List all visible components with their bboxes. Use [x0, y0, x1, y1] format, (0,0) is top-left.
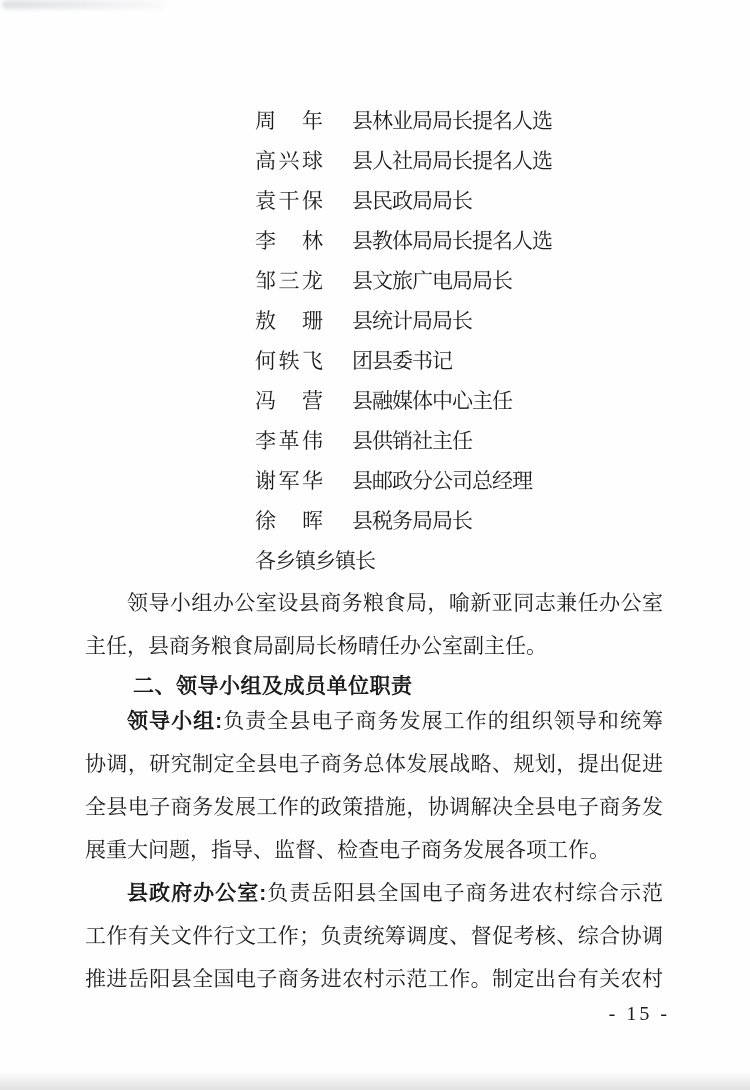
member-row: 邹三龙 县文旅广电局局长	[255, 260, 552, 300]
member-row: 徐晖 县税务局局长	[255, 500, 552, 540]
paragraph-line: 展重大问题，指导、监督、检查电子商务发展各项工作。	[85, 829, 663, 872]
member-row: 何轶飞 团县委书记	[255, 340, 552, 380]
office-paragraph: 领导小组办公室设县商务粮食局，喻新亚同志兼任办公室 主任，县商务粮食局副局长杨晴…	[85, 582, 663, 668]
member-title: 县文旅广电局局长	[352, 265, 512, 295]
member-name: 邹三龙	[255, 265, 323, 295]
members-footer: 各乡镇乡镇长	[255, 540, 552, 580]
paragraph-text: 负责岳阳县全国电子商务进农村综合示范	[266, 881, 663, 905]
paragraph-line: 推进岳阳县全国电子商务进农村示范工作。制定出台有关农村	[85, 958, 663, 1001]
member-row: 谢军华 县邮政分公司总经理	[255, 460, 552, 500]
member-name: 谢军华	[255, 465, 323, 495]
member-row: 冯营 县融媒体中心主任	[255, 380, 552, 420]
member-name: 袁干保	[255, 185, 323, 215]
page-number: - 15 -	[609, 1003, 670, 1026]
member-list: 周年 县林业局局长提名人选 高兴球 县人社局局长提名人选 袁干保 县民政局局长 …	[255, 100, 552, 580]
paragraph-line: 全县电子商务发展工作的政策措施，协调解决全县电子商务发	[85, 786, 663, 829]
paragraph-text: 负责全县电子商务发展工作的组织领导和统筹	[222, 709, 663, 733]
member-title: 县人社局局长提名人选	[352, 145, 552, 175]
paragraph-line: 县政府办公室:负责岳阳县全国电子商务进农村综合示范	[85, 872, 663, 915]
member-row: 高兴球 县人社局局长提名人选	[255, 140, 552, 180]
member-row: 李林 县教体局局长提名人选	[255, 220, 552, 260]
paragraph-line: 领导小组:负责全县电子商务发展工作的组织领导和统筹	[85, 700, 663, 743]
leading-group-paragraph: 领导小组:负责全县电子商务发展工作的组织领导和统筹 协调，研究制定全县电子商务总…	[85, 700, 663, 872]
member-title: 县供销社主任	[352, 425, 472, 455]
member-name: 何轶飞	[255, 345, 323, 375]
member-row: 袁干保 县民政局局长	[255, 180, 552, 220]
paragraph-line: 协调，研究制定全县电子商务总体发展战略、规划，提出促进	[85, 743, 663, 786]
scan-artifact-top	[2, 0, 167, 9]
paragraph-lead: 领导小组:	[127, 710, 222, 733]
member-title: 县邮政分公司总经理	[352, 465, 532, 495]
member-name: 冯营	[255, 385, 323, 415]
member-title: 县统计局局长	[352, 305, 472, 335]
member-title: 县税务局局长	[352, 505, 472, 535]
member-name: 李林	[255, 225, 323, 255]
paragraph-line: 领导小组办公室设县商务粮食局，喻新亚同志兼任办公室	[85, 582, 663, 625]
member-title: 县民政局局长	[352, 185, 472, 215]
paragraph-line: 主任，县商务粮食局副局长杨晴任办公室副主任。	[85, 625, 663, 668]
member-title: 团县委书记	[352, 345, 452, 375]
member-title: 县教体局局长提名人选	[352, 225, 552, 255]
paragraph-lead: 县政府办公室:	[127, 882, 266, 905]
member-name: 周年	[255, 105, 323, 135]
member-title: 县林业局局长提名人选	[352, 105, 552, 135]
member-name: 徐晖	[255, 505, 323, 535]
gov-office-paragraph: 县政府办公室:负责岳阳县全国电子商务进农村综合示范 工作有关文件行文工作；负责统…	[85, 872, 663, 1001]
member-row: 周年 县林业局局长提名人选	[255, 100, 552, 140]
member-name: 李革伟	[255, 425, 323, 455]
member-name: 高兴球	[255, 145, 323, 175]
paragraph-line: 工作有关文件行文工作；负责统筹调度、督促考核、综合协调	[85, 915, 663, 958]
member-title: 县融媒体中心主任	[352, 385, 512, 415]
scan-artifact-bottom	[0, 1072, 750, 1090]
member-row: 李革伟 县供销社主任	[255, 420, 552, 460]
member-row: 敖珊 县统计局局长	[255, 300, 552, 340]
scanned-document-page: 周年 县林业局局长提名人选 高兴球 县人社局局长提名人选 袁干保 县民政局局长 …	[0, 0, 750, 1090]
member-name: 敖珊	[255, 305, 323, 335]
